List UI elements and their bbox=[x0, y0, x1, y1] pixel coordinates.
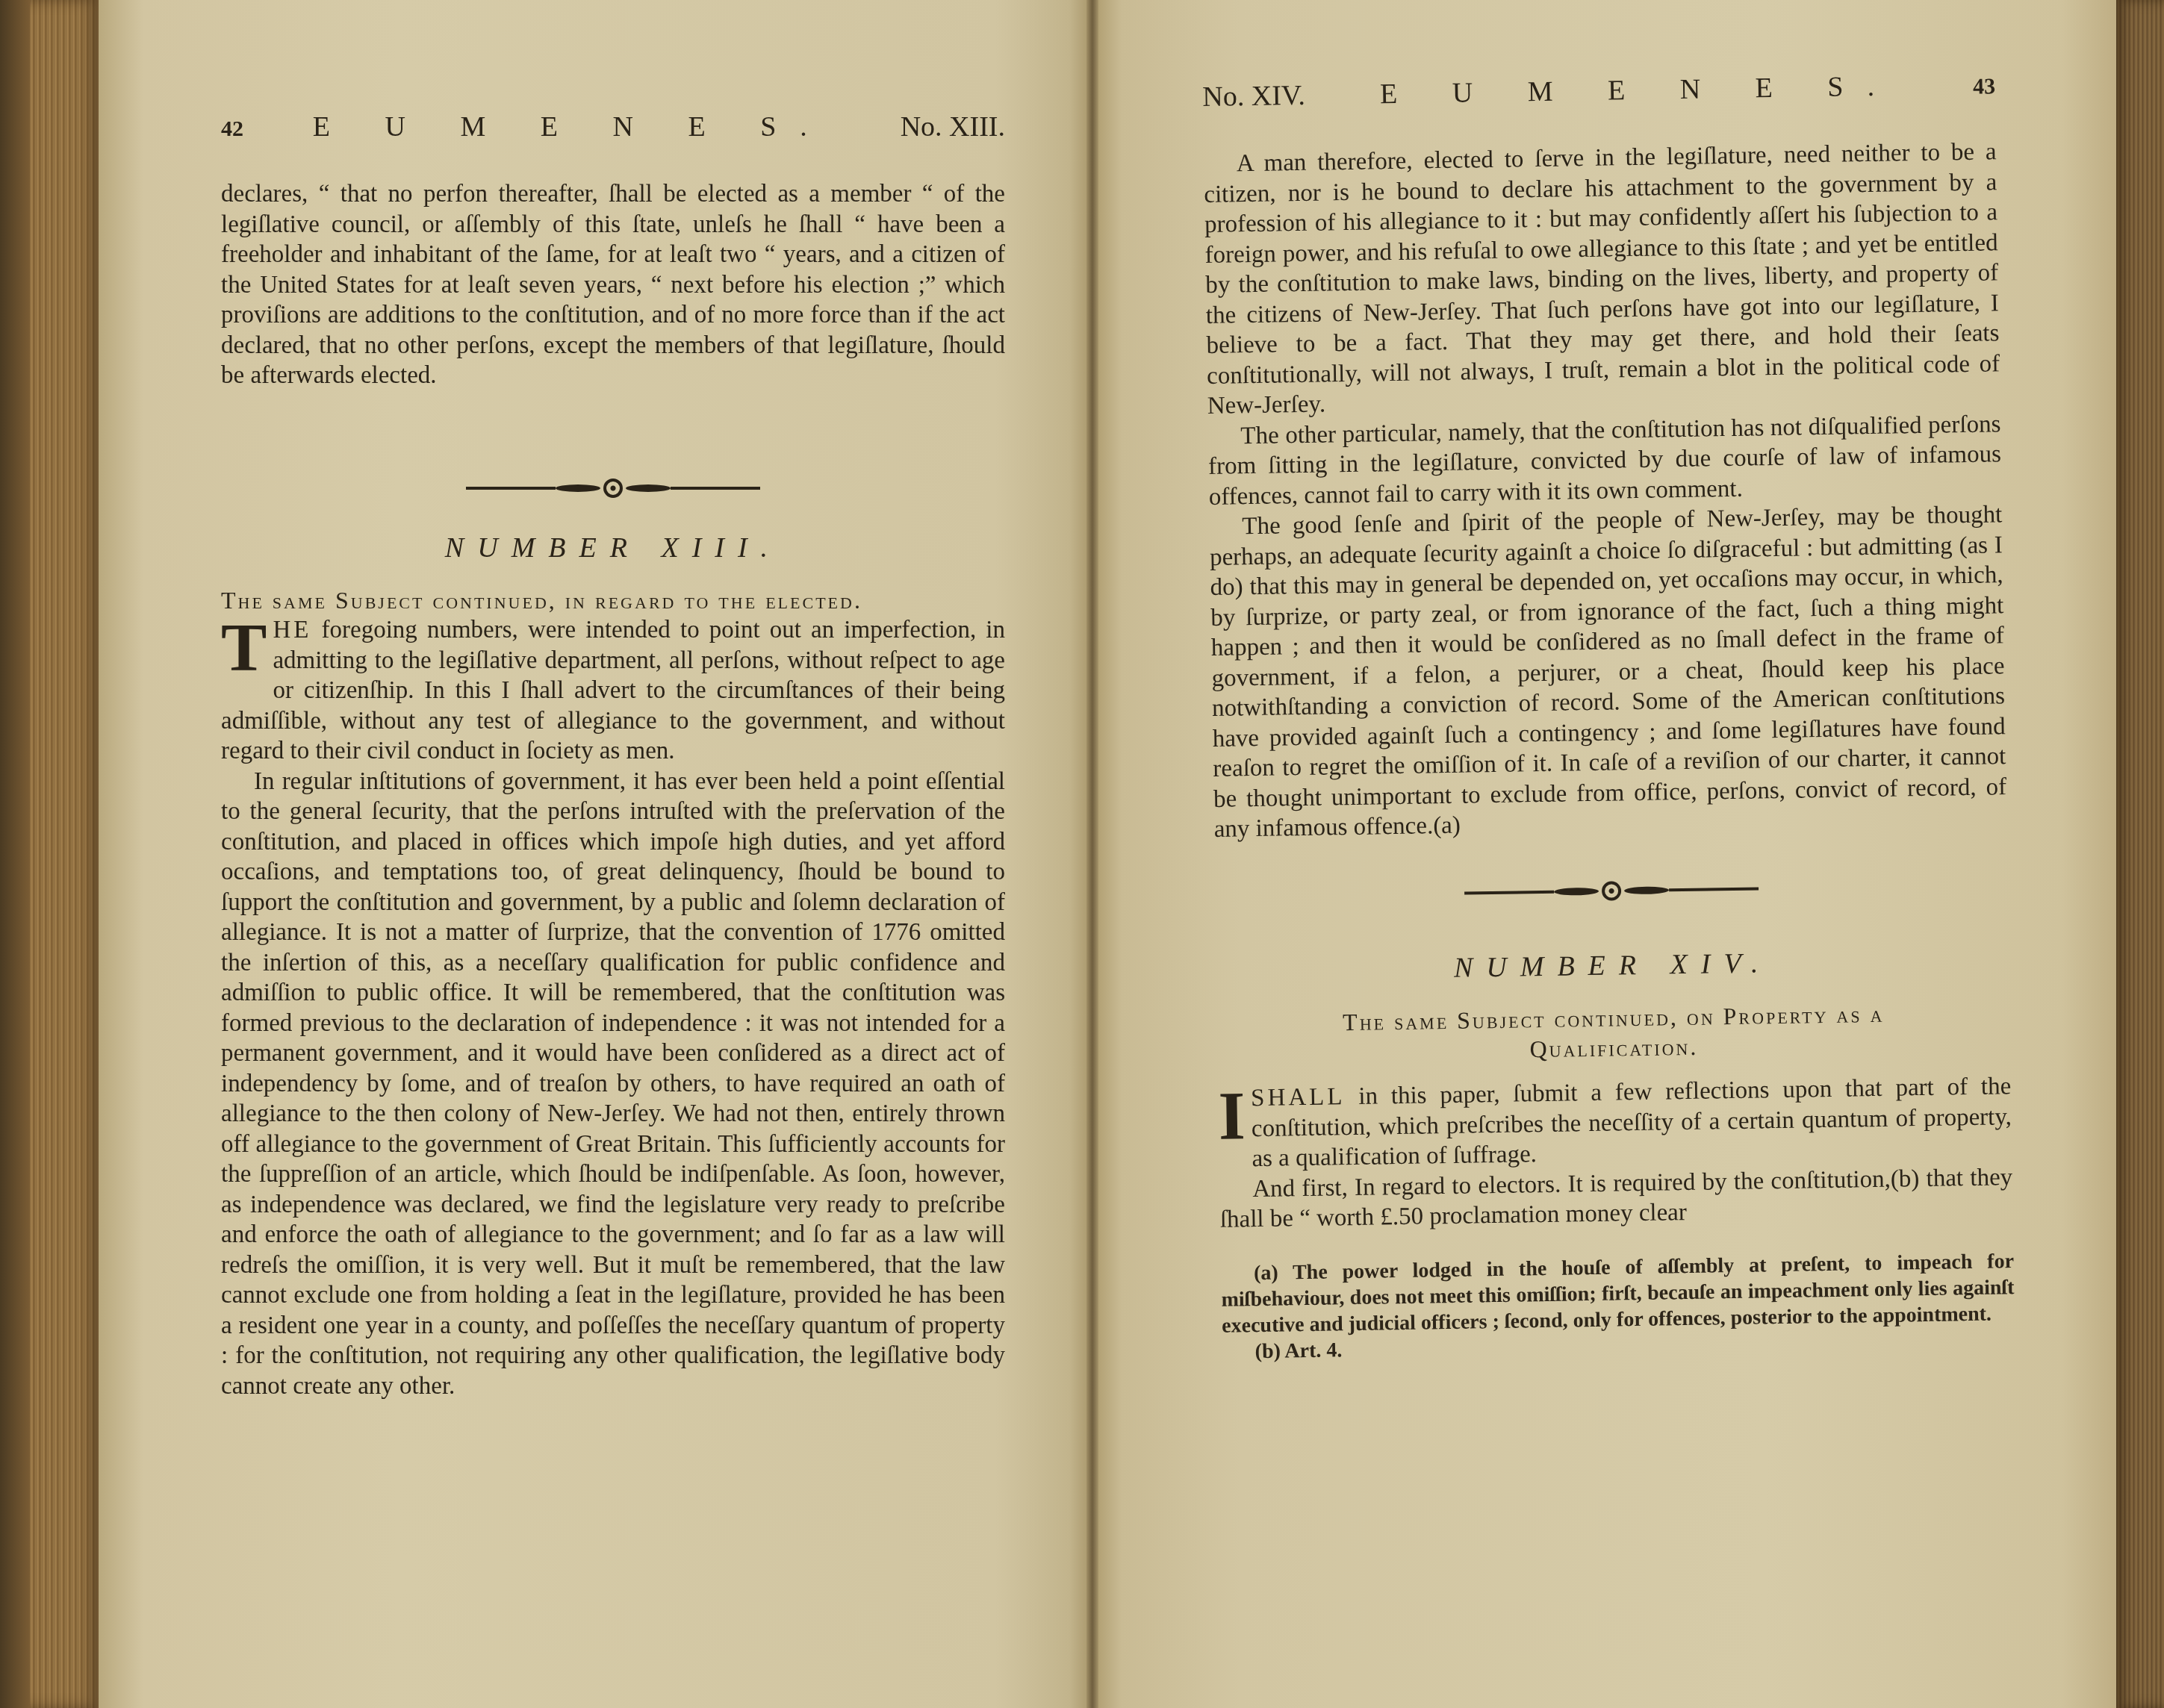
continuation-paragraph: declares, “ that no perfon thereafter, ſ… bbox=[221, 179, 1005, 391]
ornament-divider bbox=[221, 466, 1005, 511]
left-page-text: 42 E U M E N E S. No. XIII. declares, “ … bbox=[221, 112, 1005, 1401]
left-running-head: 42 E U M E N E S. No. XIII. bbox=[221, 112, 1005, 154]
drop-cap: I bbox=[1218, 1086, 1246, 1145]
section-subtitle: The same Subject continued, on Property … bbox=[1217, 997, 2011, 1069]
page-number: 43 bbox=[1973, 72, 1996, 102]
opening-paragraph: T HE foregoing numbers, were intended to… bbox=[221, 615, 1005, 767]
drop-cap: T bbox=[221, 618, 267, 676]
book-gutter bbox=[1086, 0, 1098, 1708]
section-subtitle: The same Subject continued, in regard to… bbox=[221, 585, 1005, 615]
body-paragraph: A man therefore, elected to ſerve in the… bbox=[1203, 137, 2000, 421]
body-paragraph: The other particular, namely, that the c… bbox=[1207, 409, 2002, 512]
opening-paragraph: I SHALL in this paper, ſubmit a few refl… bbox=[1218, 1071, 2012, 1174]
running-title: E U M E N E S. bbox=[313, 112, 831, 143]
right-page-edges bbox=[2116, 0, 2164, 1708]
page-number: 42 bbox=[221, 114, 243, 145]
footnote-a: (a) The power lodged in the houſe of aſſ… bbox=[1221, 1248, 2015, 1339]
number-heading: NUMBER XIV. bbox=[1216, 944, 2009, 987]
left-page-edges bbox=[0, 0, 99, 1708]
right-page-text: No. XIV. E U M E N E S. 43 A man therefo… bbox=[1202, 69, 2015, 1365]
rosette-icon bbox=[603, 479, 623, 498]
section-ref: No. XIV. bbox=[1202, 81, 1305, 113]
number-heading: NUMBER XIII. bbox=[221, 533, 1005, 564]
body-paragraph: In regular inſtitutions of government, i… bbox=[221, 767, 1005, 1402]
rosette-icon bbox=[1602, 881, 1621, 900]
running-title: E U M E N E S. bbox=[1380, 71, 1899, 109]
section-ref: No. XIII. bbox=[901, 112, 1005, 143]
body-paragraph: And first, In regard to electors. It is … bbox=[1219, 1162, 2013, 1235]
body-paragraph: The good ſenſe and ſpirit of the people … bbox=[1209, 499, 2007, 844]
footnotes: (a) The power lodged in the houſe of aſſ… bbox=[1221, 1248, 2015, 1365]
